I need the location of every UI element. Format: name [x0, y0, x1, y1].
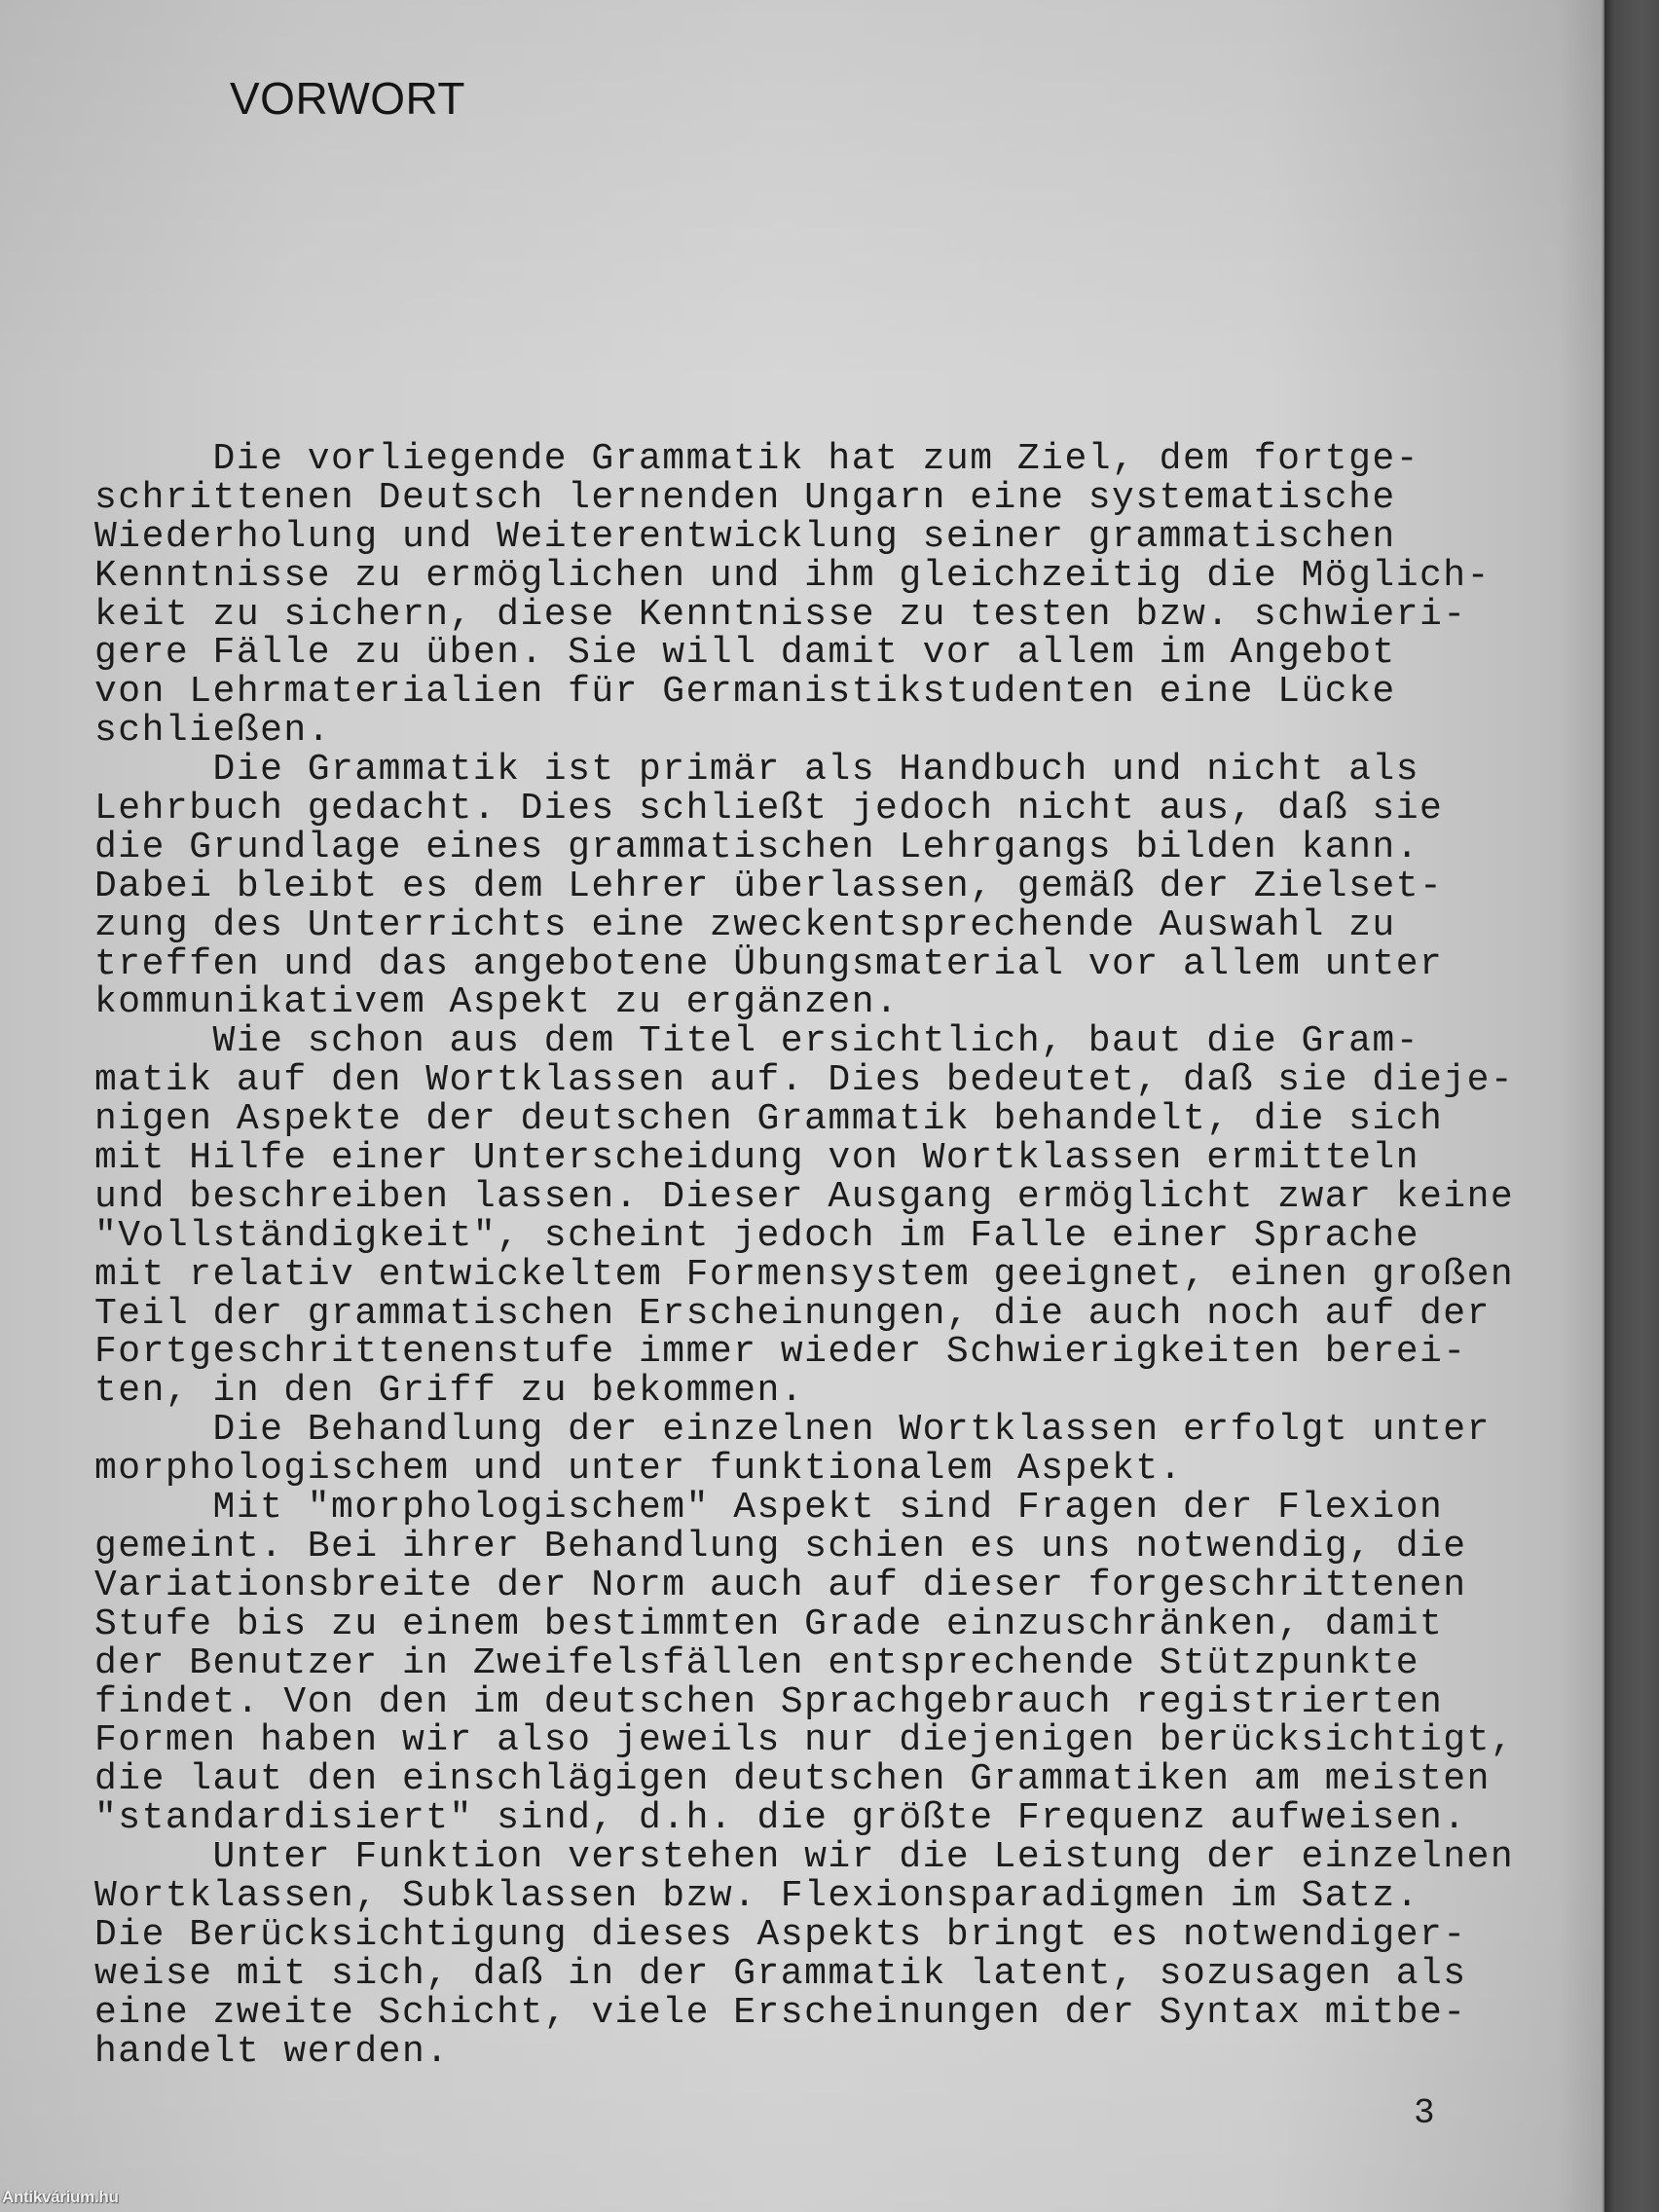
text-line: die Grundlage eines grammatischen Lehrga…	[94, 829, 1613, 867]
text-line: Wie schon aus dem Titel ersichtlich, bau…	[94, 1022, 1613, 1061]
text-line: kommunikativem Aspekt zu ergänzen.	[94, 983, 1613, 1022]
text-line: matik auf den Wortklassen auf. Dies bede…	[94, 1061, 1613, 1100]
text-line: Teil der grammatischen Erscheinungen, di…	[94, 1295, 1613, 1334]
text-line: zung des Unterrichts eine zweckentsprech…	[94, 906, 1613, 945]
paragraph: Unter Funktion verstehen wir die Leistun…	[94, 1838, 1613, 2071]
text-line: Lehrbuch gedacht. Dies schließt jedoch n…	[94, 790, 1613, 829]
text-line: Kenntnisse zu ermöglichen und ihm gleich…	[94, 557, 1613, 596]
text-line: die laut den einschlägigen deutschen Gra…	[94, 1760, 1613, 1799]
text-line: "standardisiert" sind, d.h. die größte F…	[94, 1799, 1613, 1838]
text-line: mit relativ entwickeltem Formensystem ge…	[94, 1256, 1613, 1295]
text-line: handelt werden.	[94, 2033, 1613, 2072]
text-line: von Lehrmaterialien für Germanistikstude…	[94, 673, 1613, 712]
text-line: Wortklassen, Subklassen bzw. Flexionspar…	[94, 1877, 1613, 1916]
paragraph: Die vorliegende Grammatik hat zum Ziel, …	[94, 440, 1613, 751]
text-line: weise mit sich, daß in der Grammatik lat…	[94, 1955, 1613, 1994]
text-line: und beschreiben lassen. Dieser Ausgang e…	[94, 1178, 1613, 1217]
text-line: gemeint. Bei ihrer Behandlung schien es …	[94, 1528, 1613, 1567]
text-line: der Benutzer in Zweifelsfällen entsprech…	[94, 1644, 1613, 1683]
text-line: keit zu sichern, diese Kenntnisse zu tes…	[94, 596, 1613, 635]
text-line: findet. Von den im deutschen Sprachgebra…	[94, 1683, 1613, 1722]
text-line: schließen.	[94, 712, 1613, 751]
text-line: Formen haben wir also jeweils nur diejen…	[94, 1721, 1613, 1760]
book-binding-edge	[1604, 0, 1659, 2212]
text-line: Die Grammatik ist primär als Handbuch un…	[94, 751, 1613, 790]
paragraph: Die Behandlung der einzelnen Wortklassen…	[94, 1411, 1613, 1489]
text-line: "Vollständigkeit", scheint jedoch im Fal…	[94, 1217, 1613, 1256]
text-line: morphologischem und unter funktionalem A…	[94, 1450, 1613, 1489]
text-line: ten, in den Griff zu bekommen.	[94, 1372, 1613, 1411]
paragraph: Wie schon aus dem Titel ersichtlich, bau…	[94, 1022, 1613, 1411]
page-number: 3	[1414, 2093, 1435, 2133]
text-line: Wiederholung und Weiterentwicklung seine…	[94, 518, 1613, 557]
page-title: VORWORT	[230, 73, 465, 124]
text-line: Variationsbreite der Norm auch auf diese…	[94, 1567, 1613, 1605]
text-line: schrittenen Deutsch lernenden Ungarn ein…	[94, 479, 1613, 518]
text-line: Dabei bleibt es dem Lehrer überlassen, g…	[94, 867, 1613, 906]
watermark-logo: Antikvárium.hu	[2, 2188, 119, 2207]
text-line: Mit "morphologischem" Aspekt sind Fragen…	[94, 1489, 1613, 1528]
paragraph: Die Grammatik ist primär als Handbuch un…	[94, 751, 1613, 1022]
text-line: Fortgeschrittenenstufe immer wieder Schw…	[94, 1333, 1613, 1372]
text-line: gere Fälle zu üben. Sie will damit vor a…	[94, 634, 1613, 673]
text-line: mit Hilfe einer Unterscheidung von Wortk…	[94, 1139, 1613, 1178]
text-line: Die Berücksichtigung dieses Aspekts brin…	[94, 1916, 1613, 1955]
text-line: Unter Funktion verstehen wir die Leistun…	[94, 1838, 1613, 1877]
text-line: Stufe bis zu einem bestimmten Grade einz…	[94, 1605, 1613, 1644]
text-line: treffen und das angebotene Übungsmateria…	[94, 945, 1613, 984]
text-line: nigen Aspekte der deutschen Grammatik be…	[94, 1100, 1613, 1139]
text-line: Die Behandlung der einzelnen Wortklassen…	[94, 1411, 1613, 1450]
paragraph: Mit "morphologischem" Aspekt sind Fragen…	[94, 1489, 1613, 1838]
document-body: Die vorliegende Grammatik hat zum Ziel, …	[94, 440, 1613, 2071]
text-line: Die vorliegende Grammatik hat zum Ziel, …	[94, 440, 1613, 479]
text-line: eine zweite Schicht, viele Erscheinungen…	[94, 1994, 1613, 2033]
